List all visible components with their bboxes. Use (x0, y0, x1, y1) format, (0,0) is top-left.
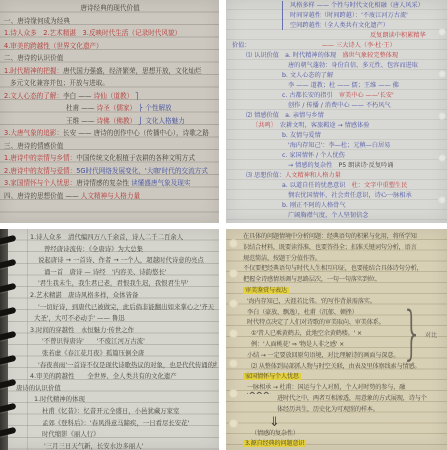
note-text-segment: 读懂盛唐气象及现实 (131, 179, 190, 187)
note-text-segment: 2.文人心态的了解： (4, 92, 63, 100)
note-text-segment: 审美中心 ——'长安' (339, 92, 394, 99)
note-line: a. 以道自任的忧患意识 杜：文字中重塑生民 (232, 181, 444, 191)
note-line: 创作 / 传播 / 消费中心 —— 不朽风气 (232, 101, 444, 111)
note-lines-bottom-left: 1.诗人众多 清代编四万八千余首，诗人二千二百余人曾经唐诗流传：《全唐诗》为大总… (0, 229, 219, 450)
note-line: 审美鉴赏与表达 (243, 286, 445, 297)
note-text-segment: 张若虚《春江花月夜》孤篇压倒全唐 (42, 349, 144, 357)
note-line: 杜甫《忆昔》：忆昔开元全盛日，小邑犹藏万家室 (30, 406, 217, 418)
note-text-segment: 曾经唐诗流传：《全唐诗》为大总集 (44, 245, 143, 253)
note-photo-bottom-right: 在具体的问题情境中分析问题：经典语句的积累与化用，将所学知识结合材料，既要读得准… (226, 229, 447, 450)
note-line: 不仅要把经典语句与时代人生相互印证，也要能结合具体诗句分析， (243, 264, 445, 275)
note-text-segment: c. 古都长安的指引 (282, 92, 339, 99)
note-text-segment: 3.时间的穿越性 永恒魅力·传世之作 (30, 326, 134, 334)
note-text-segment: b. 文人心态的了解 (282, 72, 333, 79)
note-text-segment: —— 三大诗人（李·杜·王） (247, 42, 395, 49)
note-text-segment: 李白 —— (63, 92, 94, 100)
note-text-segment: 诵一首 唐诗 — 诗经 '内容美、诗韵悠长' (44, 268, 167, 276)
note-text-segment: 四、唐诗的思想价值 —— (4, 192, 81, 200)
note-line: 一脉相承 → 杜甫：国运与个人对照，个人对时势的参与，融 (243, 383, 445, 394)
note-text-segment: 唐代国力强盛，经济繁荣，思想开放，文化灿烂 (63, 67, 201, 75)
note-line: 2.艺术精湛 唐诗风格多样，众体皆备 (30, 290, 217, 302)
note-text-segment: P5 朗读诗·反复吟诵 (338, 162, 393, 169)
note-text-segment: 不仅要把经典语句与时代人生相互印证，也要能结合具体诗句分析， (243, 265, 423, 272)
note-line: '不曾识得唐诗' '不废江河万古流' (30, 336, 217, 348)
note-text-segment: 审美鉴赏与表达 (243, 287, 289, 294)
note-line: 唐诗的认识价值 (16, 383, 217, 395)
note-text-segment: 广阔胸襟气度，个人坚韧信念 (288, 212, 368, 219)
note-text-segment: 3.源自经典的问题意识 (243, 440, 306, 447)
note-text-segment: '三月三日天气新，长安水边多丽人' (44, 442, 143, 450)
note-line: 空间跨越性（全人类共有文化遗产） (232, 21, 444, 31)
note-text-segment: → 杜甫：国运与个人对照，个人对时势的参与，融 (271, 384, 405, 391)
note-text-segment: ⎭ 文化人格魅力 (136, 117, 185, 125)
note-photo-top-right: 风格多样 —— 个性与时代文化相融（唐人风采）时间穿越性（时间跨越）：'不废江河… (226, 0, 447, 223)
note-text-segment: '海内存知己'：李—杜；元稹—白居易 (288, 142, 390, 149)
note-text-segment: 诗仙（道教） (94, 92, 134, 100)
note-text-segment: 长安 —— 唐诗的创作中心（传播中心），诗歌之路 (63, 129, 209, 137)
note-line: 说起唐诗 → 一首诗、作者 → 一个人，超越时代诗意的亮点 (30, 255, 217, 267)
note-text-segment: 5G时代网络发展变化，'大咖'时代的交流方式 (76, 167, 208, 175)
note-line: 4.审美的跨越性（世界文化遗产） (4, 40, 216, 53)
note-line: （情感的复杂性） (243, 429, 445, 440)
note-line: 3.源自经典的问题意识 (243, 439, 445, 450)
note-text-segment: ①'昔人已乘黄鹤去，此地空余黄鹤楼。' × (251, 330, 362, 337)
note-line: 多元文化兼容并包；开放与进取。 (4, 77, 216, 90)
note-text-segment: 人文精神和人格力量 (285, 172, 341, 179)
note-text-segment: ⑶ 思想价值： (246, 172, 285, 179)
note-line: 1.时代精神的体现 (30, 394, 217, 406)
note-line: 家国情怀与个人忧思 (243, 372, 445, 383)
note-line: 大圣'，大可不必动手' —— 鲁迅 (30, 313, 217, 325)
note-text-segment: 一脉相承 (247, 384, 271, 391)
note-text-segment: 价值： (232, 42, 247, 49)
note-line: 1.诗人众多 清代编四万八千余首，诗人二千二百余人 (30, 232, 217, 244)
note-line: 悯农忧国情怀，社会责任意识，诗心一脉相承 (232, 191, 444, 201)
note-line: b. 刚正不阿的人格骨气 (232, 201, 444, 211)
note-text-segment: 3.家国情怀与个人忧思： (4, 179, 76, 187)
note-text-segment: 李 —— 道教；杜 —— 儒；王维 —— 佛 (288, 82, 399, 89)
note-text-segment: 时间穿越性（时间跨越）：'不废江河万古流' (290, 12, 408, 19)
note-text-segment: 4.审美的跨越性 全世界、全人类共有的文化遗产 (30, 372, 177, 380)
note-line: 曾经唐诗流传：《全唐诗》为大总集 (30, 244, 217, 256)
note-line: ⑴ 认识价值 a. 时代精神的体现 盛世气象较完整体现 (232, 51, 444, 61)
note-text-segment: 中国传统文化根植于农耕的各种文明方式 (76, 154, 195, 162)
note-line: 在具体的问题情境中分析问题：经典语句的积累与化用，将所学知 (243, 232, 445, 243)
note-line: '君生我未生，我生君已老，君恨我生迟，我恨君生早' (30, 278, 217, 290)
note-text-segment: 杜甫 —— (66, 104, 97, 112)
note-text-segment: '海内存知己，天涯若比邻。'的写作背景需落实。 (247, 298, 376, 305)
note-text-segment: ⑴ 认识价值 a. 时代精神的体现 (246, 52, 342, 59)
note-line: c. 古都长安的指引 审美中心 ——'长安' (232, 91, 444, 101)
ink-margin-tick (282, 1, 283, 30)
note-text-segment: 规范简洁，按题干分值作答。 (243, 255, 321, 262)
note-text-segment: 诗圣（儒家） (97, 104, 137, 112)
note-text-segment: ⑵ 情感价值 a. 亲情与乡情 (246, 112, 324, 119)
note-text-segment: 唐诗的认识价值 (16, 384, 61, 392)
note-line: 三、唐诗的情感价值 (4, 140, 216, 153)
curly-brace-icon: } (401, 305, 423, 363)
note-line: 把握全诗感情基调与思路层次，一句一句落实到位。 (243, 275, 445, 286)
note-text-segment: 李白（豪放、飘逸），杜甫（沉郁、顿挫） (247, 309, 358, 316)
note-text-segment: 二、唐诗的认识价值 (4, 54, 63, 62)
note-text-segment: ⎬ 个性解放 (136, 104, 172, 112)
note-text-segment: ⎫ (133, 92, 140, 100)
note-text-segment: 大圣'，大可不必动手' —— 鲁迅 (34, 314, 125, 322)
note-line: 体经历共生，历史化为可观照的样本。 (243, 405, 445, 416)
note-line: 3.时间的穿越性 永恒魅力·传世之作 (30, 325, 217, 337)
note-text-segment: → 情感的复杂性 (288, 162, 338, 169)
note-line: 进时代之中，两者互相渗透，用意象的方式展现，诗与个 (243, 394, 445, 405)
note-text-segment: 空间跨越性（全人类共有文化遗产） (290, 22, 389, 29)
note-line: 3.大唐气象的追影：长安 —— 唐诗的创作中心（传播中心），诗歌之路 (4, 127, 216, 140)
note-photo-top-left: 唐诗经典的现代价值一、唐诗缘何成为经典1.诗人众多 2.艺术精湛 3.反映时代生… (0, 0, 219, 223)
note-line: '三月三日天气新，长安水边多丽人' (30, 441, 217, 450)
note-text-segment: 杜甫《忆昔》：忆昔开元全盛日，小邑犹藏万家室 (42, 407, 179, 415)
note-text-segment: 孟郊《登科后》：'春风得意马蹄疾，一日看尽长安花' (42, 419, 189, 427)
note-line: '一切好诗，到唐代已被做完，此后倘非能翻出如来掌心之'齐天 (30, 302, 217, 314)
note-text-segment: b. 友情与爱情 (282, 132, 321, 139)
note-line: 李 —— 道教；杜 —— 儒；王维 —— 佛 (232, 81, 444, 91)
note-text-segment: 1.诗人众多 清代编四万八千余首，诗人二千二百余人 (30, 233, 183, 241)
note-text-segment: 农耕文明，客旅羁途 → 情感体验 (274, 122, 370, 129)
note-line: ⇓ (243, 416, 445, 429)
note-text-segment: c. 家国情怀 / 个人忧伤 (282, 152, 345, 159)
note-text-segment: 在具体的问题情境中分析问题：经典语句的积累与化用，将所学知 (243, 233, 417, 240)
note-text-segment: '一切好诗，到唐代已被做完，此后倘非能翻出如来掌心之'齐天 (38, 303, 214, 311)
note-line: 时代缩影《丽人行》 (30, 429, 217, 441)
note-text-segment: 王维 —— (66, 117, 97, 125)
note-text-segment: b. 刚正不阿的人格骨气 (282, 202, 346, 209)
note-line: 风格多样 —— 个性与时代文化相融（唐人风采） (232, 1, 444, 11)
note-text-segment: 进时代之中，两者互相渗透，用意象的方式展现，诗与个 (277, 395, 427, 402)
note-line: b. 文人心态的了解 (232, 71, 444, 81)
note-text-segment: 识结合材料，既要读得准，也要答得全；扣准关键词句分析，语言 (243, 244, 417, 251)
note-text-segment: 三、唐诗的情感价值 (4, 142, 63, 150)
note-lines-top-left: 唐诗经典的现代价值一、唐诗缘何成为经典1.诗人众多 2.艺术精湛 3.反映时代生… (0, 0, 219, 202)
note-photo-bottom-left: 1.诗人众多 清代编四万八千余首，诗人二千二百余人曾经唐诗流传：《全唐诗》为大总… (0, 229, 219, 450)
note-line: 反复朗读中积累精华 (232, 31, 444, 41)
note-text-segment: 2.艺术精湛 唐诗风格多样，众体皆备 (30, 291, 138, 299)
note-line: 唐诗经典的现代价值 (4, 2, 216, 15)
note-text-segment: 多元文化兼容并包；开放与进取。 (10, 79, 109, 87)
note-text-segment: 说起唐诗 → 一首诗、作者 → 一个人，超越时代诗意的亮点 (38, 256, 204, 264)
note-text-segment: 唐诗情感的复杂性 (76, 179, 131, 187)
note-text-segment: 时代缩影《丽人行》 (42, 430, 100, 438)
note-text-segment: （情感的复杂性） (251, 430, 299, 437)
note-line: 张若虚《春江花月夜》孤篇压倒全唐 (30, 348, 217, 360)
note-line: 广阔胸襟气度，个人坚韧信念 (232, 211, 444, 221)
note-text-segment: 1.唐诗中的亲情与乡情： (4, 154, 76, 162)
notes-collage: 唐诗经典的现代价值一、唐诗缘何成为经典1.诗人众多 2.艺术精湛 3.反映时代生… (0, 0, 447, 450)
note-line: 孟郊《登科后》：'春风得意马蹄疾，一日看尽长安花' (30, 418, 217, 430)
note-text-segment: 4.审美的跨越性（世界文化遗产） (4, 42, 103, 50)
note-line: 识结合材料，既要读得准，也要答得全；扣准关键词句分析，语言 (243, 243, 445, 254)
note-line: 规范简洁，按题干分值作答。 (243, 254, 445, 265)
note-text-segment: 2.唐诗中的友情与爱情： (4, 167, 76, 175)
note-line: c. 家国情怀 / 个人忧伤 (232, 151, 444, 161)
note-text-segment: 1.诗人众多 (4, 29, 43, 37)
note-line: 杜甫 —— 诗圣（儒家） ⎬ 个性解放 (4, 102, 216, 115)
note-text-segment: 3.大唐气象的追影： (4, 129, 63, 137)
note-text-segment: 盛世气象较完整体现 (342, 52, 398, 59)
note-text-segment: 把握全诗感情基调与思路层次，一句一句落实到位。 (243, 276, 381, 283)
note-text-segment: 体经历共生，历史化为可观照的样本。 (277, 406, 379, 413)
note-line: 王维 —— 诗佛（佛教） ⎭ 文化人格魅力 (4, 115, 216, 128)
note-text-segment: '君生我未生，我生君已老，君恨我生迟，我恨君生早' (38, 279, 189, 287)
note-line: b. 友情与爱情 (232, 131, 444, 141)
note-text-segment: 1.时代精神的体现 (34, 395, 85, 403)
note-text-segment: 悯农忧国情怀，社会责任意识，诗心一脉相承 (288, 192, 412, 199)
note-line: 四、唐诗的思想价值 —— 人文精神与人格力量 (4, 190, 216, 203)
note-text-segment: 风格多样 —— 个性与时代文化相融（唐人风采） (290, 2, 424, 9)
note-text-segment: 小结 → 一定要放回原句语境，对比理解诗的画面与深意。 (247, 352, 399, 359)
note-line: ⑵ 情感价值 a. 亲情与乡情 (232, 111, 444, 121)
note-text-segment: 3.反映时代生活（记录时代风貌） (83, 29, 182, 37)
note-text-segment: 反复朗读中积累精华 (370, 32, 426, 39)
note-line: '春夜喜雨'一首诗不仅是现代诗歌热议的对象，也是代代传诵的经典 (30, 360, 217, 372)
note-line: → 情感的复杂性 P5 朗读诗·反复吟诵 (232, 161, 444, 171)
note-line: 一、唐诗缘何成为经典 (4, 15, 216, 28)
note-line: 1.诗人众多 2.艺术精湛 3.反映时代生活（记录时代风貌） (4, 27, 216, 40)
note-text-segment: 唐诗经典的现代价值 (80, 4, 139, 12)
note-line: 4.审美的跨越性 全世界、全人类共有的文化遗产 (30, 371, 217, 383)
note-line: 2.文人心态的了解：李白 —— 诗仙（道教） ⎫ (4, 90, 216, 103)
note-text-segment: ⇓ (269, 416, 280, 429)
note-text-segment: 唐的朝气蓬勃：身份自信、多元性、包容而进取 (288, 62, 418, 69)
note-line: 3.家国情怀与个人忧思：唐诗情感的复杂性 读懂盛唐气象及现实 (4, 177, 216, 190)
note-text-segment: 2.艺术精湛 (43, 29, 82, 37)
note-line: 1.时代精神的把握：唐代国力强盛，经济繁荣，思想开放，文化灿烂 (4, 65, 216, 78)
note-lines-top-right: 风格多样 —— 个性与时代文化相融（唐人风采）时间穿越性（时间跨越）：'不废江河… (226, 0, 447, 221)
note-text-segment: '不曾识得唐诗' '不废江河万古流' (42, 337, 145, 345)
note-text-segment: 一、唐诗缘何成为经典 (4, 17, 70, 25)
note-text-segment: a. 以道自任的忧患意识 (282, 182, 352, 189)
note-line: 时间穿越性（时间跨越）：'不废江河万古流' (232, 11, 444, 21)
note-text-segment: 杜：文字中重塑生民 (352, 182, 408, 189)
note-text-segment: 时代特点决定了人们对诗歌的审美取向、审美体系。 (247, 319, 385, 326)
note-text-segment: 人文精神与人格力量 (81, 192, 140, 200)
note-text-segment: 1.时代精神的把握： (4, 67, 63, 75)
note-text-segment: '春夜喜雨'一首诗不仅是现代诗歌热议的对象，也是代代传诵的经典 (38, 361, 217, 369)
note-line: 〔共鸣〕 农耕文明，客旅羁途 → 情感体验 (232, 121, 444, 131)
margin-brace-annotation: } 对比 (401, 317, 437, 351)
note-text-segment: 〔共鸣〕 (252, 122, 274, 129)
note-line: ⑶ 思想价值：人文精神和人格力量 (232, 171, 444, 181)
note-text-segment: 家国情怀与个人忧思 (243, 373, 301, 380)
note-line: 2.唐诗中的友情与爱情：5G时代网络发展变化，'大咖'时代的交流方式 (4, 165, 216, 178)
note-line: 1.唐诗中的亲情与乡情：中国传统文化根植于农耕的各种文明方式 (4, 152, 216, 165)
note-line: 价值： —— 三大诗人（李·杜·王） (232, 41, 444, 51)
brace-label: 对比 (425, 330, 437, 339)
note-line: 唐的朝气蓬勃：身份自信、多元性、包容而进取 (232, 61, 444, 71)
note-line: '海内存知己'：李—杜；元稹—白居易 (232, 141, 444, 151)
note-text-segment: 诗佛（佛教） (97, 117, 137, 125)
note-text-segment: 例：'人面桃花' ⇒ '物是人非之感' × (251, 341, 344, 348)
note-line: 诵一首 唐诗 — 诗经 '内容美、诗韵悠长' (30, 267, 217, 279)
note-line: 二、唐诗的认识价值 (4, 52, 216, 65)
note-text-segment: ⑵ 从整体到局部抓人物与时空关联，由表及里体察线索与情感。 (251, 363, 420, 370)
note-text-segment: 创作 / 传播 / 消费中心 —— 不朽风气 (288, 102, 391, 109)
